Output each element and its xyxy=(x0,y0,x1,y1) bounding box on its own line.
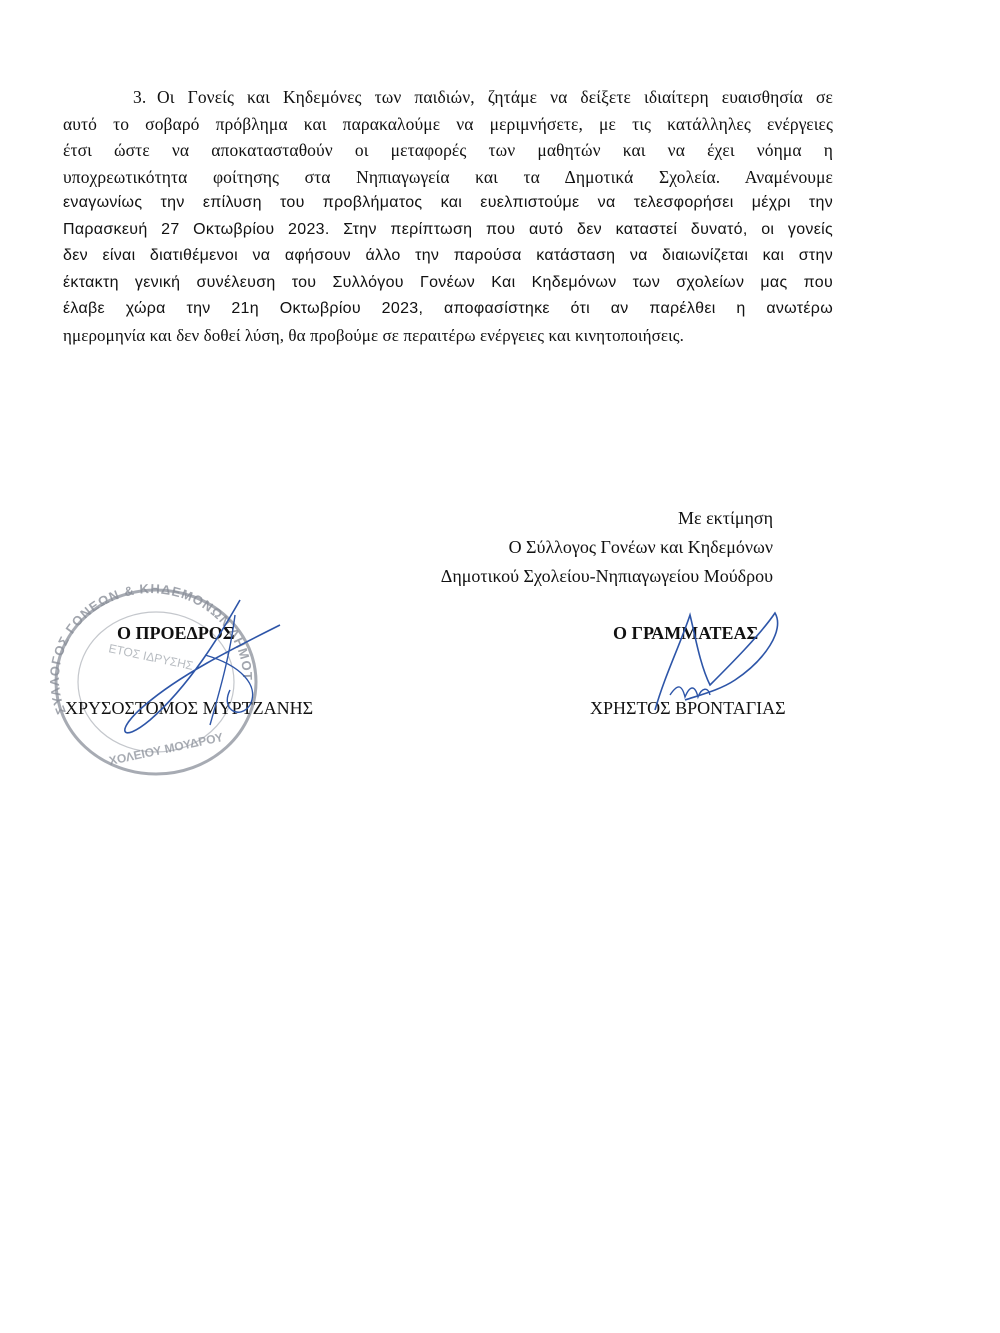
body-line-8: έκτακτη γενική συνέλευση του Συλλόγου Γο… xyxy=(63,270,833,297)
body-line-7: δεν είναι διατιθέμενοι να αφήσουν άλλο τ… xyxy=(63,243,833,270)
body-paragraph: 3.Οι Γονείς και Κηδεμόνες των παιδιών, ζ… xyxy=(63,84,833,349)
school-name: Δημοτικού Σχολείου-Νηπιαγωγείου Μούδρου xyxy=(441,566,773,587)
secretary-signature xyxy=(640,605,790,715)
association-name: Ο Σύλλογος Γονέων και Κηδεμόνων xyxy=(509,537,773,558)
body-line-9: έλαβε χώρα την 21η Οκτωβρίου 2023, αποφα… xyxy=(63,296,833,323)
body-line-6: Παρασκευή 27 Οκτωβρίου 2023. Στην περίπτ… xyxy=(63,217,833,244)
body-line-2: αυτό το σοβαρό πρόβλημα και παρακαλούμε … xyxy=(63,111,833,138)
body-line-5: εναγωνίως την επίλυση του προβλήματος κα… xyxy=(63,190,833,217)
salutation: Με εκτίμηση xyxy=(678,508,773,529)
president-signature xyxy=(110,595,290,755)
body-line-4: υποχρεωτικότητα φοίτησης στα Νηπιαγωγεία… xyxy=(63,164,833,191)
body-line-1: 3.Οι Γονείς και Κηδεμόνες των παιδιών, ζ… xyxy=(63,84,833,111)
document-page: 3.Οι Γονείς και Κηδεμόνες των παιδιών, ζ… xyxy=(0,0,1000,1333)
item-number: 3. xyxy=(133,84,146,111)
body-line-3: έτσι ώστε να αποκατασταθούν οι μεταφορές… xyxy=(63,137,833,164)
body-line-10: ημερομηνία και δεν δοθεί λύση, θα προβού… xyxy=(63,323,833,350)
